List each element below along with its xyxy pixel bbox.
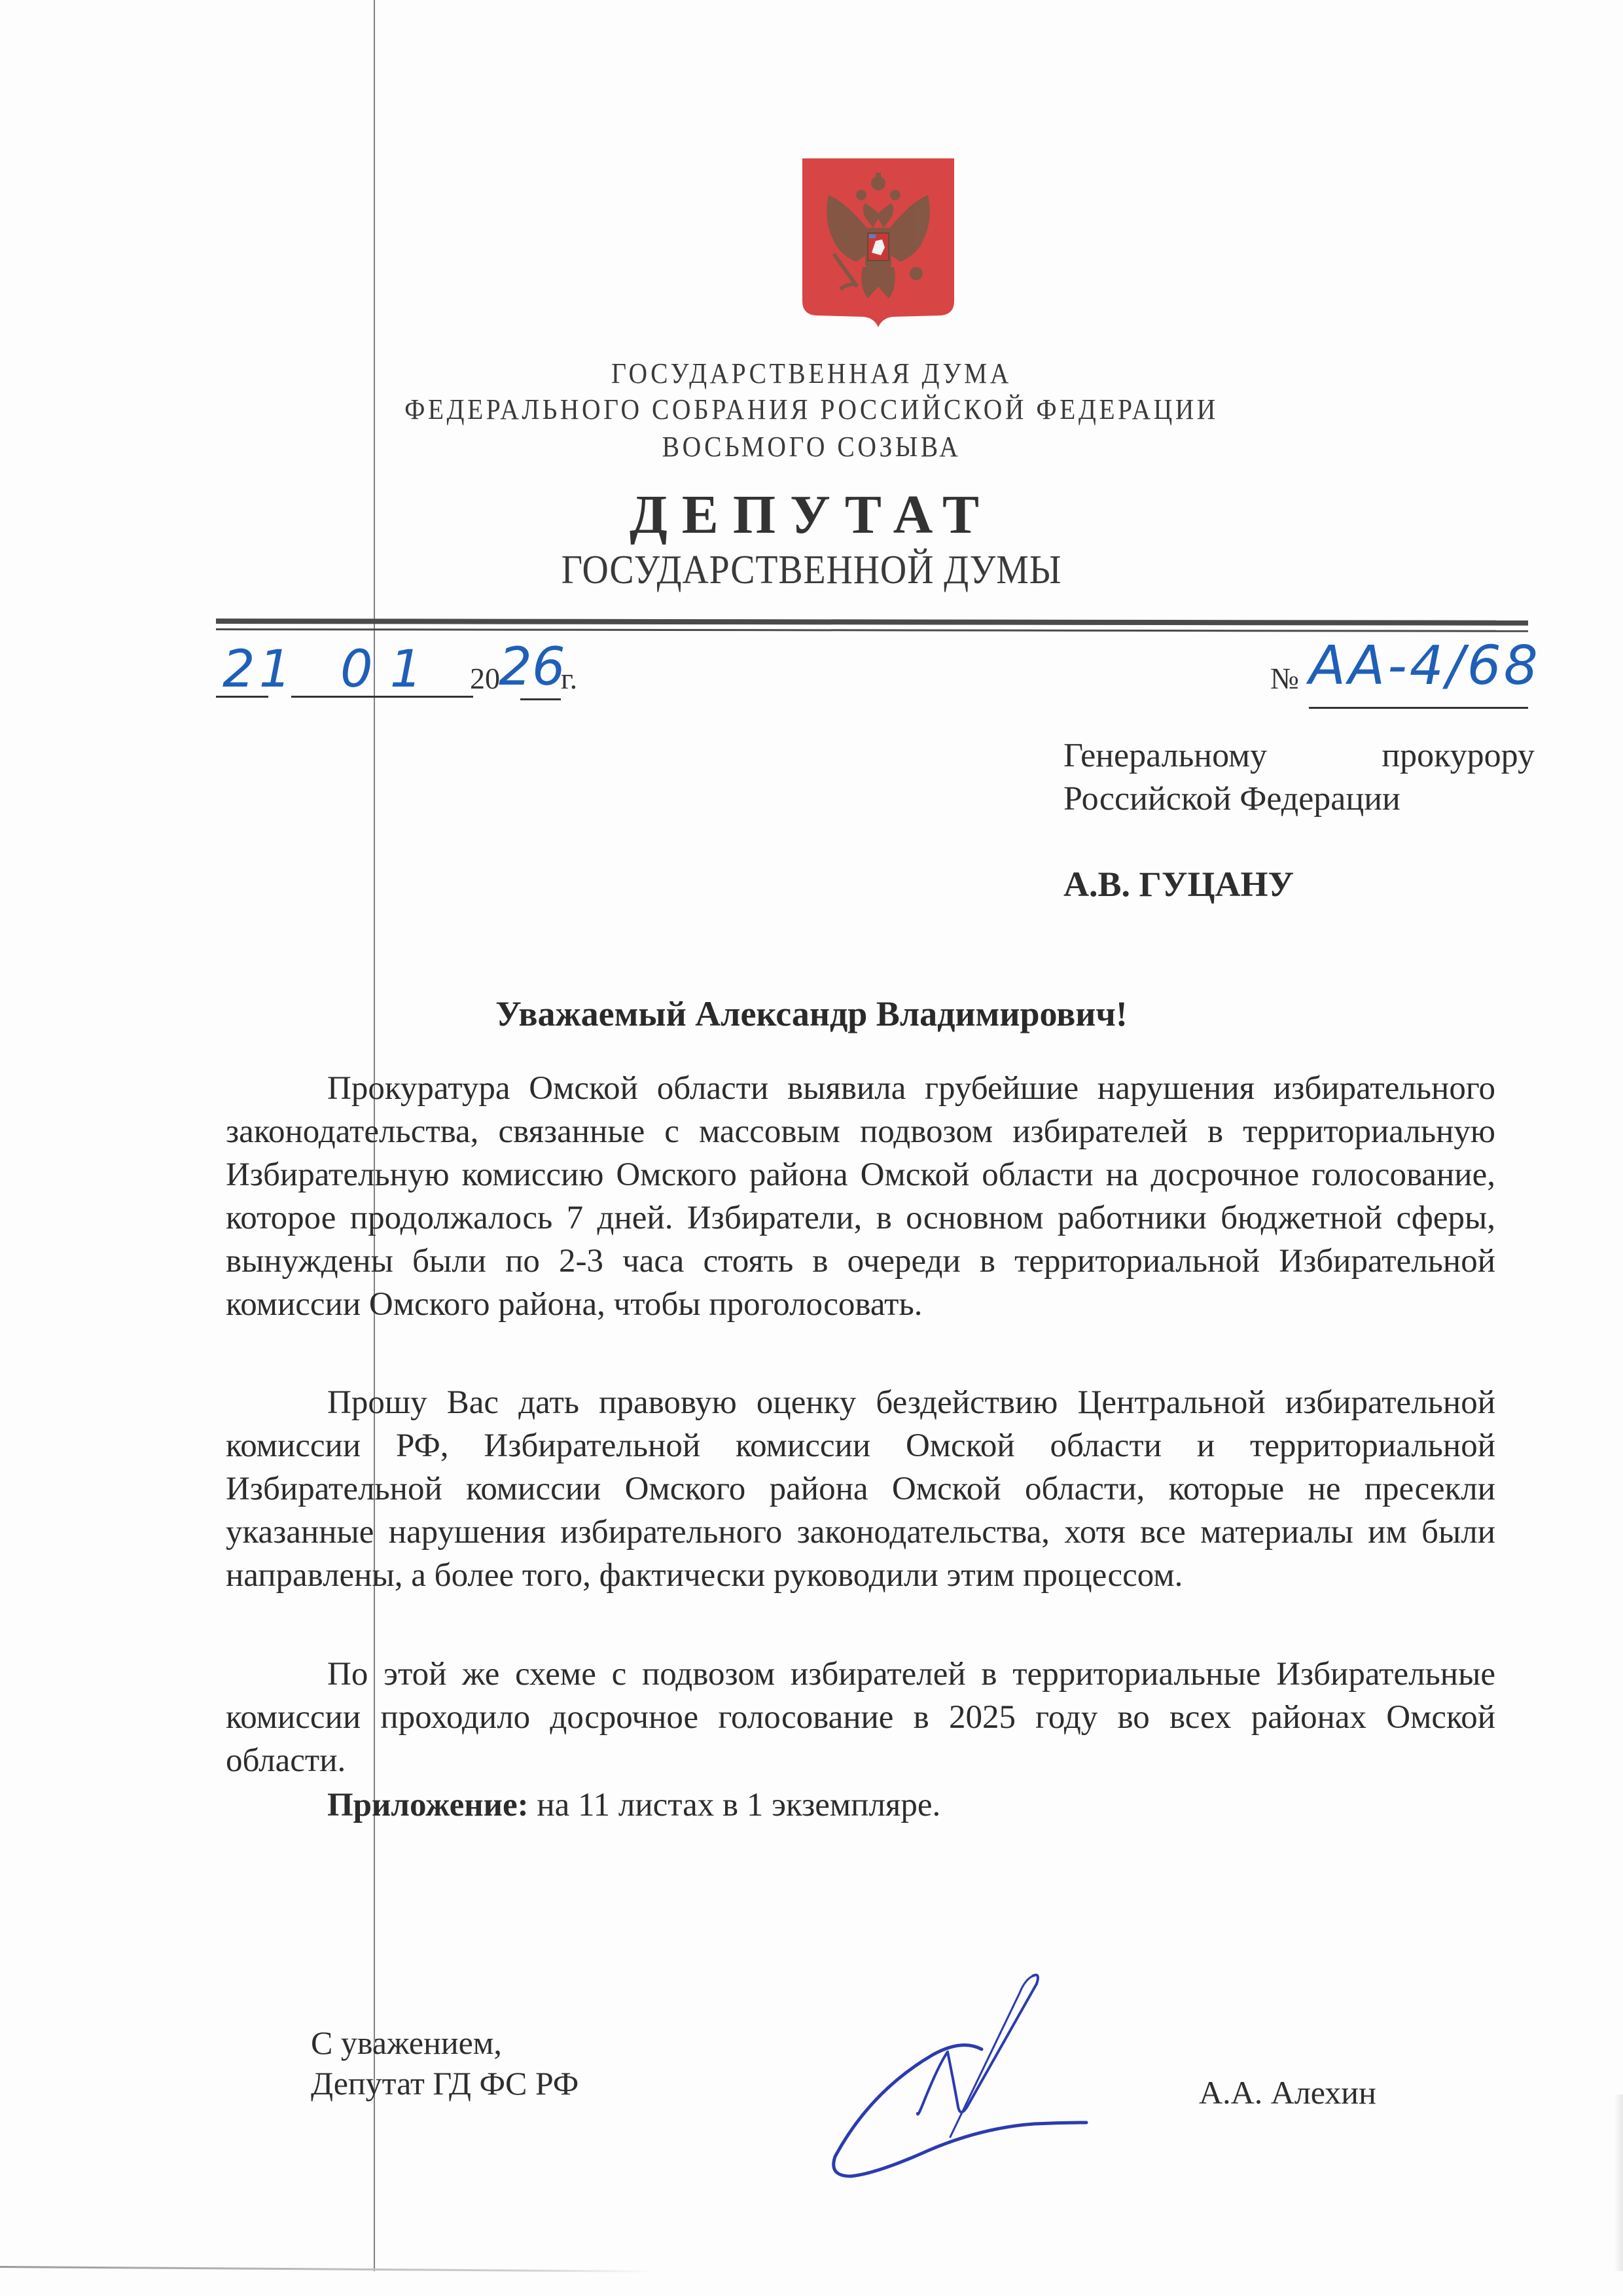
closing-phrase: С уважением, (311, 2021, 502, 2064)
body-paragraph: Прошу Вас дать правовую оценку бездейств… (226, 1381, 1495, 1597)
salutation: Уважаемый Александр Владимирович! (0, 994, 1623, 1034)
date-day: 21 (223, 640, 295, 699)
addressee-position-line2: Российской Федерации (1063, 778, 1535, 821)
number-underline (1309, 707, 1528, 709)
date-month-underline (291, 696, 473, 698)
header-line-convocation: ВОСЬМОГО СОЗЫВА (81, 430, 1542, 463)
body-paragraph: По этой же схеме с подвозом избирателей … (226, 1653, 1495, 1782)
date-day-underline (216, 696, 268, 698)
header-rule-thick (216, 619, 1528, 626)
addressee-name: А.В. ГУЦАНУ (1063, 863, 1535, 906)
paragraph-text: По этой же схеме с подвозом избирателей … (226, 1653, 1495, 1782)
coat-of-arms-icon (800, 156, 957, 329)
addressee-position-line1: Генеральному прокурору (1063, 734, 1535, 778)
signer-position: Депутат ГД ФС РФ (311, 2062, 579, 2105)
handwritten-signature-icon (707, 1967, 1139, 2189)
header-subtitle: ГОСУДАРСТВЕННОЙ ДУМЫ (81, 547, 1542, 594)
addressee-word-prosecutor: прокурору (1382, 734, 1535, 778)
attachment-line: Приложение: на 11 листах в 1 экземпляре. (226, 1784, 1495, 1827)
attachment-label: Приложение: (327, 1787, 529, 1823)
paragraph-text: Прокуратура Омской области выявила грубе… (226, 1067, 1495, 1326)
date-year-unit: г. (561, 661, 577, 696)
attachment-text: на 11 листах в 1 экземпляре. (529, 1787, 941, 1823)
date-year-underline (520, 698, 561, 700)
registration-number: АА-4/68 (1309, 635, 1541, 697)
paragraph-text: Прошу Вас дать правовую оценку бездейств… (226, 1381, 1495, 1597)
header-line-federal-assembly: ФЕДЕРАЛЬНОГО СОБРАНИЯ РОССИЙСКОЙ ФЕДЕРАЦ… (81, 393, 1542, 426)
body-paragraph: Прокуратура Омской области выявила грубе… (226, 1067, 1495, 1326)
paper-edge (0, 2266, 654, 2272)
addressee-word-general: Генеральному (1063, 734, 1267, 778)
date-year-prefix: 20 (470, 661, 500, 696)
date-year-suffix: 26 (499, 636, 565, 697)
paper-shadow (1615, 2094, 1623, 2271)
header-title: ДЕПУТАТ (0, 483, 1623, 547)
signer-name: А.А. Алехин (1199, 2073, 1376, 2111)
date-month: 01 (340, 640, 439, 699)
number-sign: № (1270, 661, 1299, 696)
header-line-duma: ГОСУДАРСТВЕННАЯ ДУМА (81, 357, 1542, 390)
header-rule-thin (216, 628, 1528, 632)
